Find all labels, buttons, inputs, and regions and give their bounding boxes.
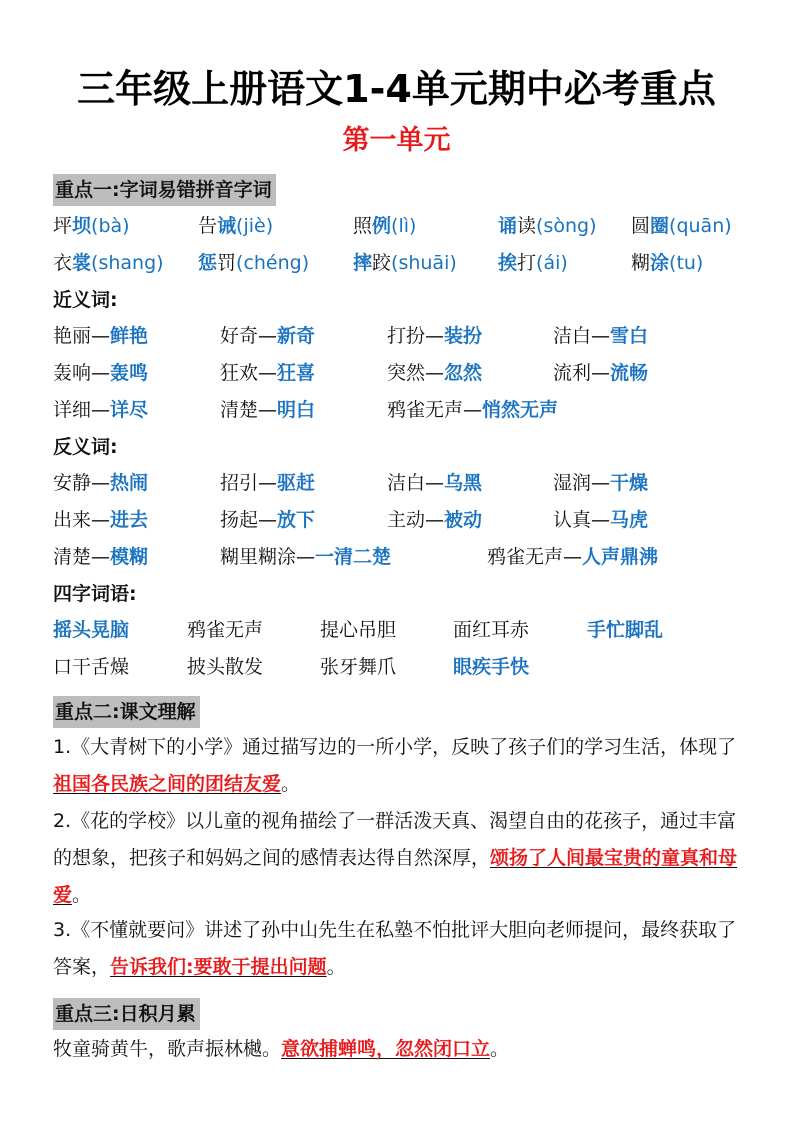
text-item-1: 1.《大青树下的小学》通过描写边的一所小学，反映了孩子们的学习生活，体现了祖国各… (53, 729, 743, 803)
word-answer: 放下 (277, 509, 315, 531)
word-answer: 人声鼎沸 (582, 546, 658, 568)
antonym-pair: 清楚—模糊 (53, 544, 148, 570)
word-answer: 干燥 (610, 472, 648, 494)
word-plain: 坪 (53, 215, 72, 237)
word-key-char: 例 (372, 215, 391, 237)
synonym-pair: 流利—流畅 (553, 360, 648, 386)
pinyin: (jiè) (236, 215, 273, 237)
word-plain: 打 (517, 252, 536, 274)
word-key-char: 摔 (353, 252, 372, 274)
pinyin-word: 糊涂(tu) (631, 250, 703, 276)
synonym-pair: 突然—忽然 (387, 360, 482, 386)
word-answer: 马虎 (610, 509, 648, 531)
pinyin: (shuāi) (391, 252, 457, 274)
pinyin-word: 圆圈(quān) (631, 213, 732, 239)
word: 狂欢— (220, 362, 277, 384)
word-key-char: 诵 (498, 215, 517, 237)
word-plain: 圆 (631, 215, 650, 237)
synonym-pair: 清楚—明白 (220, 397, 315, 423)
text-item-2: 2.《花的学校》以儿童的视角描绘了一群活泼天真、渴望自由的花孩子，通过丰富的想象… (53, 803, 743, 914)
antonyms-label: 反义词: (53, 434, 118, 460)
word: 主动— (387, 509, 444, 531)
word-answer: 新奇 (277, 325, 315, 347)
word-answer: 详尽 (110, 399, 148, 421)
pinyin-word: 坪坝(bà) (53, 213, 130, 239)
word: 打扮— (387, 325, 444, 347)
word: 洁白— (553, 325, 610, 347)
pinyin: (quān) (669, 215, 732, 237)
word-answer: 乌黑 (444, 472, 482, 494)
pinyin: (sòng) (536, 215, 596, 237)
idiom: 口干舌燥 (53, 654, 129, 680)
word-key-char: 挨 (498, 252, 517, 274)
word-answer: 鲜艳 (110, 325, 148, 347)
synonyms-label: 近义词: (53, 287, 118, 313)
idiom: 手忙脚乱 (587, 617, 663, 643)
word: 轰响— (53, 362, 110, 384)
poem-line: 牧童骑黄牛，歌声振林樾。意欲捕蝉鸣，忽然闭口立。 (53, 1031, 743, 1068)
word: 安静— (53, 472, 110, 494)
word-plain: 糊 (631, 252, 650, 274)
idioms-label: 四字词语: (53, 581, 137, 607)
word: 艳丽— (53, 325, 110, 347)
word: 详细— (53, 399, 110, 421)
synonym-pair: 狂欢—狂喜 (220, 360, 315, 386)
pinyin: (tu) (669, 252, 703, 274)
word-key-char: 坝 (72, 215, 91, 237)
antonym-pair: 出来—进去 (53, 507, 148, 533)
word: 出来— (53, 509, 110, 531)
pinyin-word: 惩罚(chéng) (198, 250, 309, 276)
antonym-pair: 糊里糊涂—一清二楚 (220, 544, 391, 570)
antonym-pair: 洁白—乌黑 (387, 470, 482, 496)
section-heading-2: 重点二:课文理解 (53, 696, 200, 728)
word-plain: 告 (198, 215, 217, 237)
key-point: 祖国各民族之间的团结友爱 (53, 773, 281, 795)
idiom: 面红耳赤 (453, 617, 529, 643)
pinyin-word: 告诫(jiè) (198, 213, 273, 239)
word-key-char: 涂 (650, 252, 669, 274)
word-key-char: 圈 (650, 215, 669, 237)
pinyin: (lì) (391, 215, 416, 237)
pinyin-word: 挨打(ái) (498, 250, 568, 276)
synonym-pair: 轰响—轰鸣 (53, 360, 148, 386)
word: 清楚— (220, 399, 277, 421)
synonym-pair: 好奇—新奇 (220, 323, 315, 349)
section-heading-1: 重点一:字词易错拼音字词 (53, 174, 276, 206)
word: 清楚— (53, 546, 110, 568)
antonym-pair: 认真—马虎 (553, 507, 648, 533)
synonym-pair: 艳丽—鲜艳 (53, 323, 148, 349)
word-answer: 被动 (444, 509, 482, 531)
word-plain: 跤 (372, 252, 391, 274)
key-point: 意欲捕蝉鸣，忽然闭口立 (281, 1038, 490, 1060)
word-answer: 忽然 (444, 362, 482, 384)
word-plain: 罚 (217, 252, 236, 274)
word: 扬起— (220, 509, 277, 531)
word: 湿润— (553, 472, 610, 494)
idiom: 摇头晃脑 (53, 617, 129, 643)
pinyin-word: 摔跤(shuāi) (353, 250, 457, 276)
word: 糊里糊涂— (220, 546, 315, 568)
idiom: 披头散发 (187, 654, 263, 680)
pinyin: (ái) (536, 252, 568, 274)
idiom: 张牙舞爪 (320, 654, 396, 680)
word: 认真— (553, 509, 610, 531)
word-answer: 雪白 (610, 325, 648, 347)
word-answer: 一清二楚 (315, 546, 391, 568)
word-plain: 照 (353, 215, 372, 237)
antonym-pair: 安静—热闹 (53, 470, 148, 496)
synonym-pair: 鸦雀无声—悄然无声 (387, 397, 558, 423)
text-item-3: 3.《不懂就要问》讲述了孙中山先生在私塾不怕批评大胆向老师提问，最终获取了答案，… (53, 912, 743, 986)
pinyin-word: 诵读(sòng) (498, 213, 596, 239)
antonym-pair: 扬起—放下 (220, 507, 315, 533)
word-answer: 模糊 (110, 546, 148, 568)
pinyin-word: 照例(lì) (353, 213, 416, 239)
pinyin: (bà) (91, 215, 130, 237)
synonym-pair: 洁白—雪白 (553, 323, 648, 349)
word: 招引— (220, 472, 277, 494)
idiom: 鸦雀无声 (187, 617, 263, 643)
pinyin: (chéng) (236, 252, 309, 274)
unit-title: 第一单元 (0, 118, 793, 157)
idiom: 眼疾手快 (453, 654, 529, 680)
word-answer: 流畅 (610, 362, 648, 384)
word-answer: 驱赶 (277, 472, 315, 494)
idiom: 提心吊胆 (320, 617, 396, 643)
word: 流利— (553, 362, 610, 384)
antonym-pair: 鸦雀无声—人声鼎沸 (487, 544, 658, 570)
pinyin: (shang) (91, 252, 164, 274)
word-answer: 狂喜 (277, 362, 315, 384)
word-answer: 进去 (110, 509, 148, 531)
pinyin-word: 衣裳(shang) (53, 250, 164, 276)
word: 鸦雀无声— (487, 546, 582, 568)
word-answer: 轰鸣 (110, 362, 148, 384)
word-plain: 读 (517, 215, 536, 237)
word-answer: 装扮 (444, 325, 482, 347)
section-heading-3: 重点三:日积月累 (53, 998, 200, 1030)
antonym-pair: 主动—被动 (387, 507, 482, 533)
word-key-char: 惩 (198, 252, 217, 274)
word-key-char: 诫 (217, 215, 236, 237)
word-answer: 热闹 (110, 472, 148, 494)
word: 突然— (387, 362, 444, 384)
antonym-pair: 湿润—干燥 (553, 470, 648, 496)
word-answer: 悄然无声 (482, 399, 558, 421)
word-plain: 衣 (53, 252, 72, 274)
key-point: 告诉我们:要敢于提出问题 (110, 956, 327, 978)
antonym-pair: 招引—驱赶 (220, 470, 315, 496)
page-title: 三年级上册语文1-4单元期中必考重点 (0, 58, 793, 113)
word-key-char: 裳 (72, 252, 91, 274)
word: 好奇— (220, 325, 277, 347)
synonym-pair: 打扮—装扮 (387, 323, 482, 349)
word: 洁白— (387, 472, 444, 494)
word: 鸦雀无声— (387, 399, 482, 421)
synonym-pair: 详细—详尽 (53, 397, 148, 423)
word-answer: 明白 (277, 399, 315, 421)
